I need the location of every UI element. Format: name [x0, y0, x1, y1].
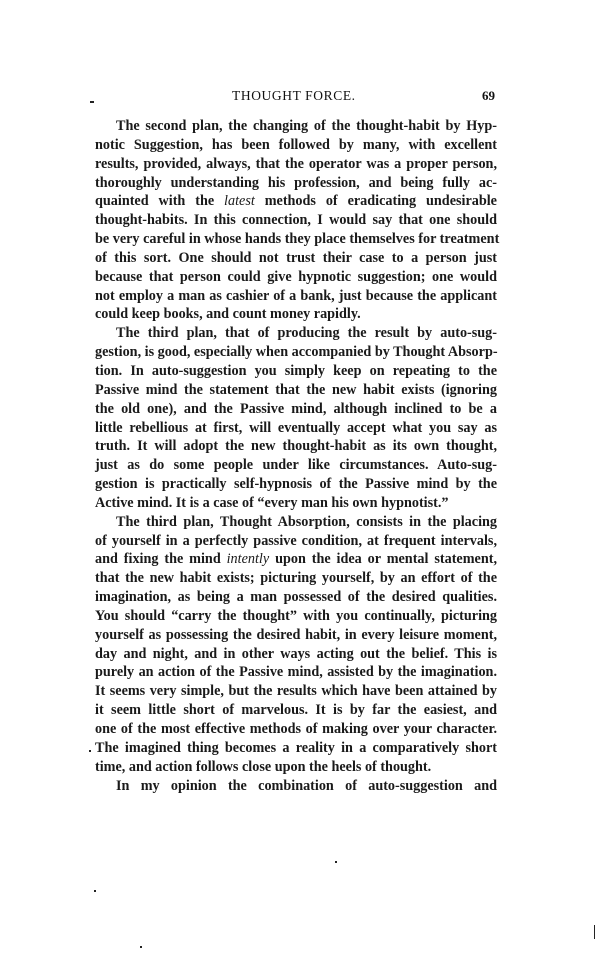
scan-speck	[94, 890, 96, 892]
text-line: of this sort. One should not trust their…	[95, 249, 497, 268]
text-line: not employ a man as cashier of a bank, j…	[95, 287, 497, 306]
text-line: gestion, is good, especially when accomp…	[95, 343, 497, 362]
text-line: Active mind. It is a case of “every man …	[95, 494, 497, 513]
text-line: tion. In auto-suggestion you simply keep…	[95, 362, 497, 381]
text-line: be very careful in whose hands they plac…	[95, 230, 497, 249]
text-line: The third plan, that of producing the re…	[95, 324, 497, 343]
text-line: just as do some people under like circum…	[95, 456, 497, 475]
text-line: purely an action of the Passive mind, as…	[95, 663, 497, 682]
book-page: THOUGHT FORCE. 69 The second plan, the c…	[0, 0, 600, 978]
text-line: The third plan, Thought Absorption, cons…	[95, 513, 497, 532]
text-line: The second plan, the changing of the tho…	[95, 117, 497, 136]
text-line: little rebellious at first, will eventua…	[95, 419, 497, 438]
scan-speck	[140, 946, 142, 948]
scan-speck	[89, 750, 91, 752]
paragraph: The third plan, Thought Absorption, cons…	[95, 513, 497, 777]
text-line: You should “carry the thought” with you …	[95, 607, 497, 626]
text-line: thought-habits. In this connection, I wo…	[95, 211, 497, 230]
text-line: Passive mind the statement that the new …	[95, 381, 497, 400]
scan-speck	[335, 861, 337, 863]
text-line: yourself as possessing the desired habit…	[95, 626, 497, 645]
emphasis: latest	[224, 193, 255, 209]
running-head: THOUGHT FORCE. 69	[0, 88, 600, 108]
text-line: In my opinion the combination of auto-su…	[95, 777, 497, 796]
text-line: gestion is practically self-hypnosis of …	[95, 475, 497, 494]
text-line: that the new habit exists; picturing you…	[95, 569, 497, 588]
text-line: it seem little short of marvelous. It is…	[95, 701, 497, 720]
text-line: The imagined thing becomes a reality in …	[95, 739, 497, 758]
emphasis: intently	[227, 551, 270, 567]
text-line: thoroughly understanding his profession,…	[95, 174, 497, 193]
scan-speck	[90, 101, 94, 103]
text-line: could keep books, and count money rapidl…	[95, 305, 497, 324]
text-line: the old one), and the Passive mind, alth…	[95, 400, 497, 419]
text-line: one of the most effective methods of mak…	[95, 720, 497, 739]
running-title: THOUGHT FORCE.	[232, 88, 356, 104]
paragraph: The third plan, that of producing the re…	[95, 324, 497, 512]
body-text: The second plan, the changing of the tho…	[95, 117, 497, 795]
scan-speck	[594, 925, 595, 939]
text-line: notic Suggestion, has been followed by m…	[95, 136, 497, 155]
text-line: of yourself in a perfectly passive condi…	[95, 532, 497, 551]
text-line: truth. It will adopt the new thought-hab…	[95, 437, 497, 456]
text-line: results, provided, always, that the oper…	[95, 155, 497, 174]
text-line: and fixing the mind intently upon the id…	[95, 550, 497, 569]
paragraph: In my opinion the combination of auto-su…	[95, 777, 497, 796]
paragraph: The second plan, the changing of the tho…	[95, 117, 497, 324]
text-line: day and night, and in other ways acting …	[95, 645, 497, 664]
text-line: quainted with the latest methods of erad…	[95, 192, 497, 211]
text-line: time, and action follows close upon the …	[95, 758, 497, 777]
text-line: It seems very simple, but the results wh…	[95, 682, 497, 701]
text-line: imagination, as being a man possessed of…	[95, 588, 497, 607]
text-line: because that person could give hypnotic …	[95, 268, 497, 287]
page-number: 69	[482, 88, 495, 104]
